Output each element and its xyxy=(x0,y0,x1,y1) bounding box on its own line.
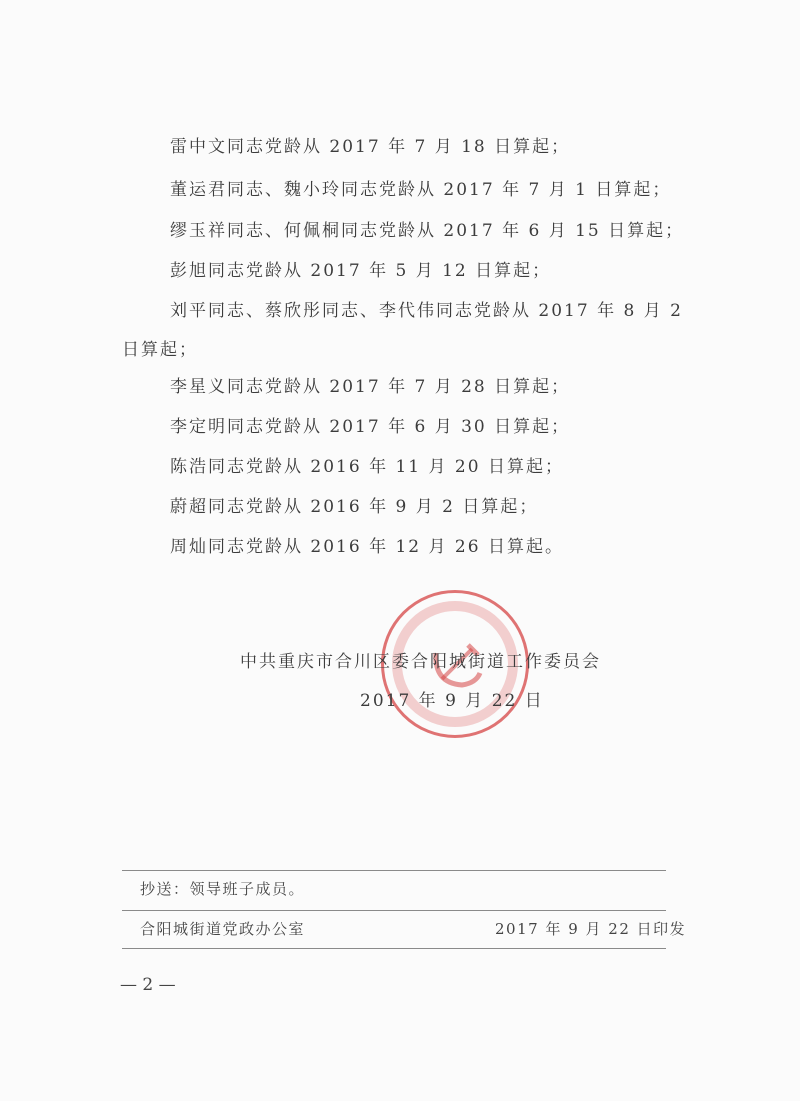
issuing-organization: 中共重庆市合川区委合阳城街道工作委员会 xyxy=(240,647,601,672)
body-line: 李定明同志党龄从 2017 年 6 月 30 日算起； xyxy=(170,412,570,437)
document-page: 雷中文同志党龄从 2017 年 7 月 18 日算起； 董运君同志、魏小玲同志党… xyxy=(0,0,800,1101)
body-line: 缪玉祥同志、何佩桐同志党龄从 2017 年 6 月 15 日算起； xyxy=(170,216,684,241)
footer-divider-bottom xyxy=(122,948,666,949)
page-number: — 2 — xyxy=(120,975,176,995)
signature-date: 2017 年 9 月 22 日 xyxy=(360,686,544,711)
cc-recipients: 抄送：领导班子成员。 xyxy=(140,878,305,899)
issuing-office: 合阳城街道党政办公室 xyxy=(140,918,305,939)
body-line: 刘平同志、蔡欣彤同志、李代伟同志党龄从 2017 年 8 月 2 xyxy=(170,296,683,321)
body-line: 周灿同志党龄从 2016 年 12 月 26 日算起。 xyxy=(170,532,564,557)
issue-date: 2017 年 9 月 22 日印发 xyxy=(495,918,686,939)
footer-divider-top xyxy=(122,870,666,871)
body-line: 蔚超同志党龄从 2016 年 9 月 2 日算起； xyxy=(170,492,538,517)
body-line: 彭旭同志党龄从 2017 年 5 月 12 日算起； xyxy=(170,256,551,281)
body-line: 日算起； xyxy=(122,335,198,360)
body-line: 李星义同志党龄从 2017 年 7 月 28 日算起； xyxy=(170,372,570,397)
body-line: 陈浩同志党龄从 2016 年 11 月 20 日算起； xyxy=(170,452,564,477)
footer-divider-middle xyxy=(122,910,666,911)
body-line: 雷中文同志党龄从 2017 年 7 月 18 日算起； xyxy=(170,132,570,157)
body-line: 董运君同志、魏小玲同志党龄从 2017 年 7 月 1 日算起； xyxy=(170,175,671,200)
